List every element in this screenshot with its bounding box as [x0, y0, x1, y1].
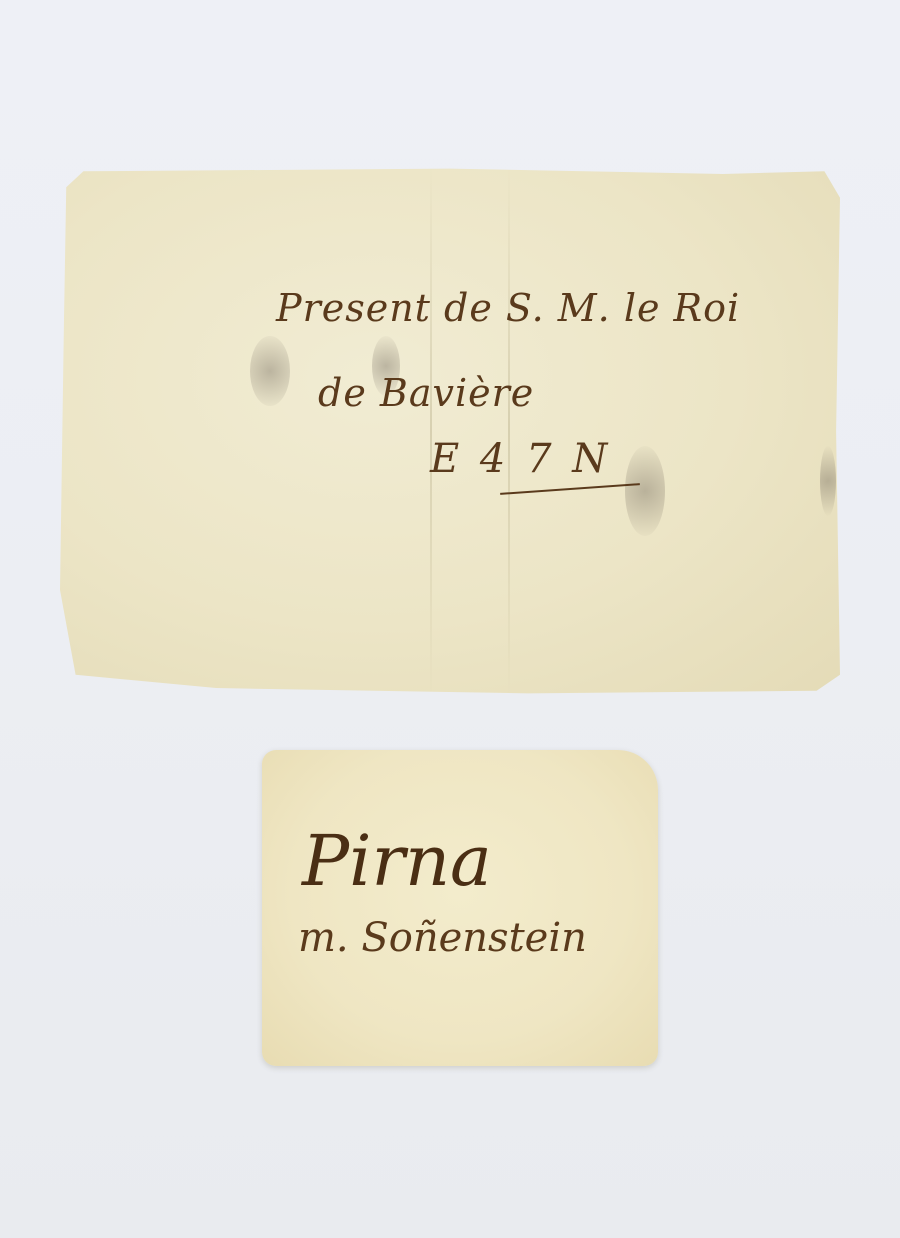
handwritten-sonnenstein: m. Soñenstein: [298, 915, 587, 961]
ink-smudge: [250, 336, 290, 406]
fold-crease: [508, 166, 510, 696]
ink-smudge: [625, 446, 665, 536]
ink-smudge: [820, 446, 836, 516]
small-paper-label: Pirna m. Soñenstein: [262, 750, 658, 1066]
handwritten-catalog-number: E 4 7 N: [430, 436, 611, 482]
large-paper-label: Present de S. M. le Roi de Bavière E 4 7…: [60, 166, 840, 696]
handwritten-line-present: Present de S. M. le Roi: [276, 286, 740, 330]
handwritten-place-name: Pirna: [302, 820, 492, 902]
fold-crease: [430, 166, 432, 696]
ink-underline: [500, 483, 640, 495]
handwritten-line-baviere: de Bavière: [318, 371, 534, 415]
